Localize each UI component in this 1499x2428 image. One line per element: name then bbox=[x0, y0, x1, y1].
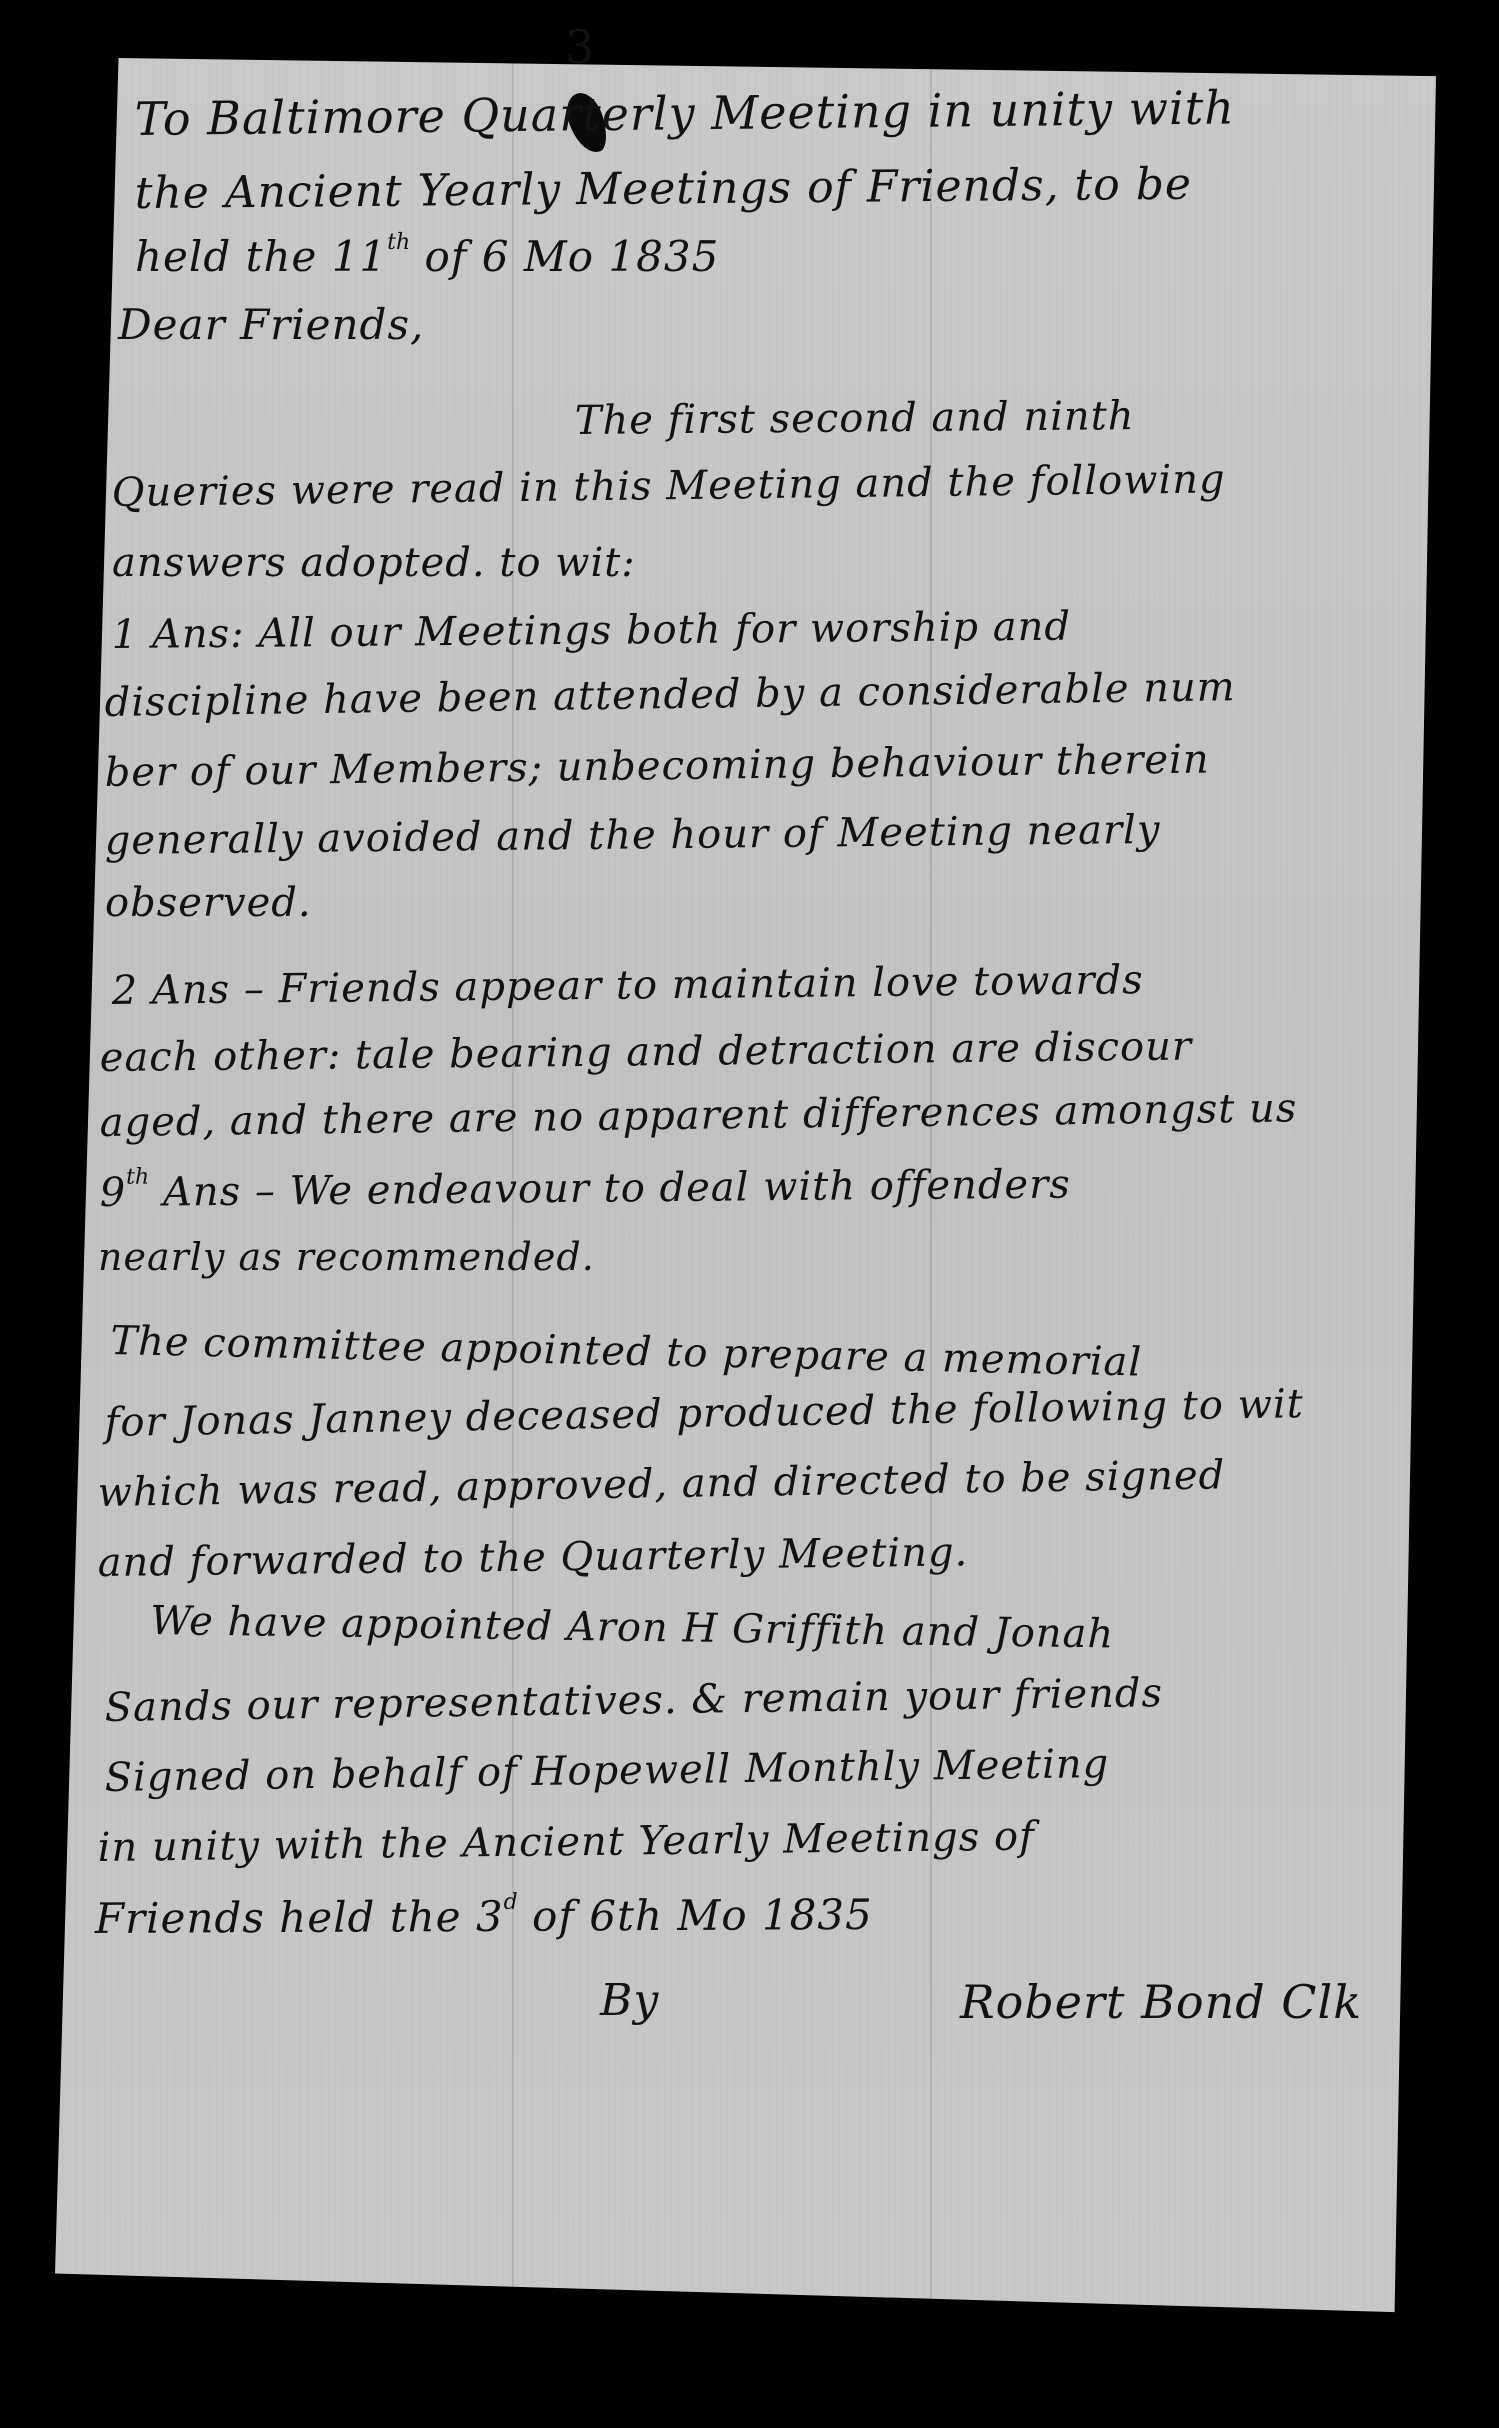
address-date-ordinal: th bbox=[387, 230, 410, 255]
memorial-line-2: for Jonas Janney deceased produced the f… bbox=[104, 1381, 1304, 1446]
closing-date-prefix: Friends held the 3 bbox=[95, 1892, 504, 1943]
answer-9-number: 9 bbox=[100, 1170, 127, 1216]
signature-by: By bbox=[600, 1975, 659, 2026]
address-line-2: the Ancient Yearly Meetings of Friends, … bbox=[135, 159, 1193, 219]
signature-name: Robert Bond Clk bbox=[960, 1975, 1362, 2029]
intro-line-1: The first second and ninth bbox=[575, 393, 1135, 444]
memorial-line-3: which was read, approved, and directed t… bbox=[97, 1452, 1225, 1516]
closing-line-2: in unity with the Ancient Yearly Meeting… bbox=[97, 1814, 1035, 1871]
address-line-1: To Baltimore Quarterly Meeting in unity … bbox=[134, 80, 1235, 146]
answer-1-line-1: 1 Ans: All our Meetings both for worship… bbox=[112, 604, 1072, 658]
page-number: 3 bbox=[565, 20, 594, 74]
memorial-line-1: The committee appointed to prepare a mem… bbox=[110, 1318, 1143, 1386]
handwritten-text: 3 To Baltimore Quarterly Meeting in unit… bbox=[0, 0, 1499, 2428]
representatives-line-1: We have appointed Aron H Griffith and Jo… bbox=[150, 1598, 1115, 1657]
intro-line-3: answers adopted. to wit: bbox=[112, 540, 636, 586]
answer-1-line-5: observed. bbox=[105, 880, 312, 926]
answer-1-line-3: ber of our Members; unbecoming behaviour… bbox=[104, 737, 1209, 796]
answer-2-line-2: each other: tale bearing and detraction … bbox=[100, 1024, 1193, 1081]
closing-date-ordinal: d bbox=[504, 1890, 518, 1915]
closing-line-1: Signed on behalf of Hopewell Monthly Mee… bbox=[104, 1741, 1109, 1801]
representatives-line-2: Sands our representatives. & remain your… bbox=[104, 1670, 1163, 1731]
answer-2-line-3: aged, and there are no apparent differen… bbox=[99, 1085, 1297, 1146]
closing-line-3: Friends held the 3d of 6th Mo 1835 bbox=[95, 1888, 873, 1943]
salutation: Dear Friends, bbox=[118, 300, 424, 349]
address-date-prefix: held the 11 bbox=[135, 232, 387, 281]
address-date-suffix: of 6 Mo 1835 bbox=[410, 232, 719, 281]
answer-1-line-4: generally avoided and the hour of Meetin… bbox=[105, 807, 1161, 864]
closing-date-suffix: of 6th Mo 1835 bbox=[518, 1890, 873, 1941]
answer-9-ordinal: th bbox=[126, 1165, 149, 1190]
answer-2-line-1: 2 Ans – Friends appear to maintain love … bbox=[112, 957, 1144, 1014]
answer-1-line-2: discipline have been attended by a consi… bbox=[104, 664, 1236, 726]
address-line-3: held the 11th of 6 Mo 1835 bbox=[135, 230, 719, 281]
answer-9-line-1: 9th Ans – We endeavour to deal with offe… bbox=[100, 1157, 1071, 1216]
intro-line-2: Queries were read in this Meeting and th… bbox=[111, 456, 1225, 516]
answer-9-text: Ans – We endeavour to deal with offender… bbox=[149, 1162, 1071, 1216]
answer-9-line-2: nearly as recommended. bbox=[98, 1235, 595, 1279]
memorial-line-4: and forwarded to the Quarterly Meeting. bbox=[97, 1529, 968, 1586]
